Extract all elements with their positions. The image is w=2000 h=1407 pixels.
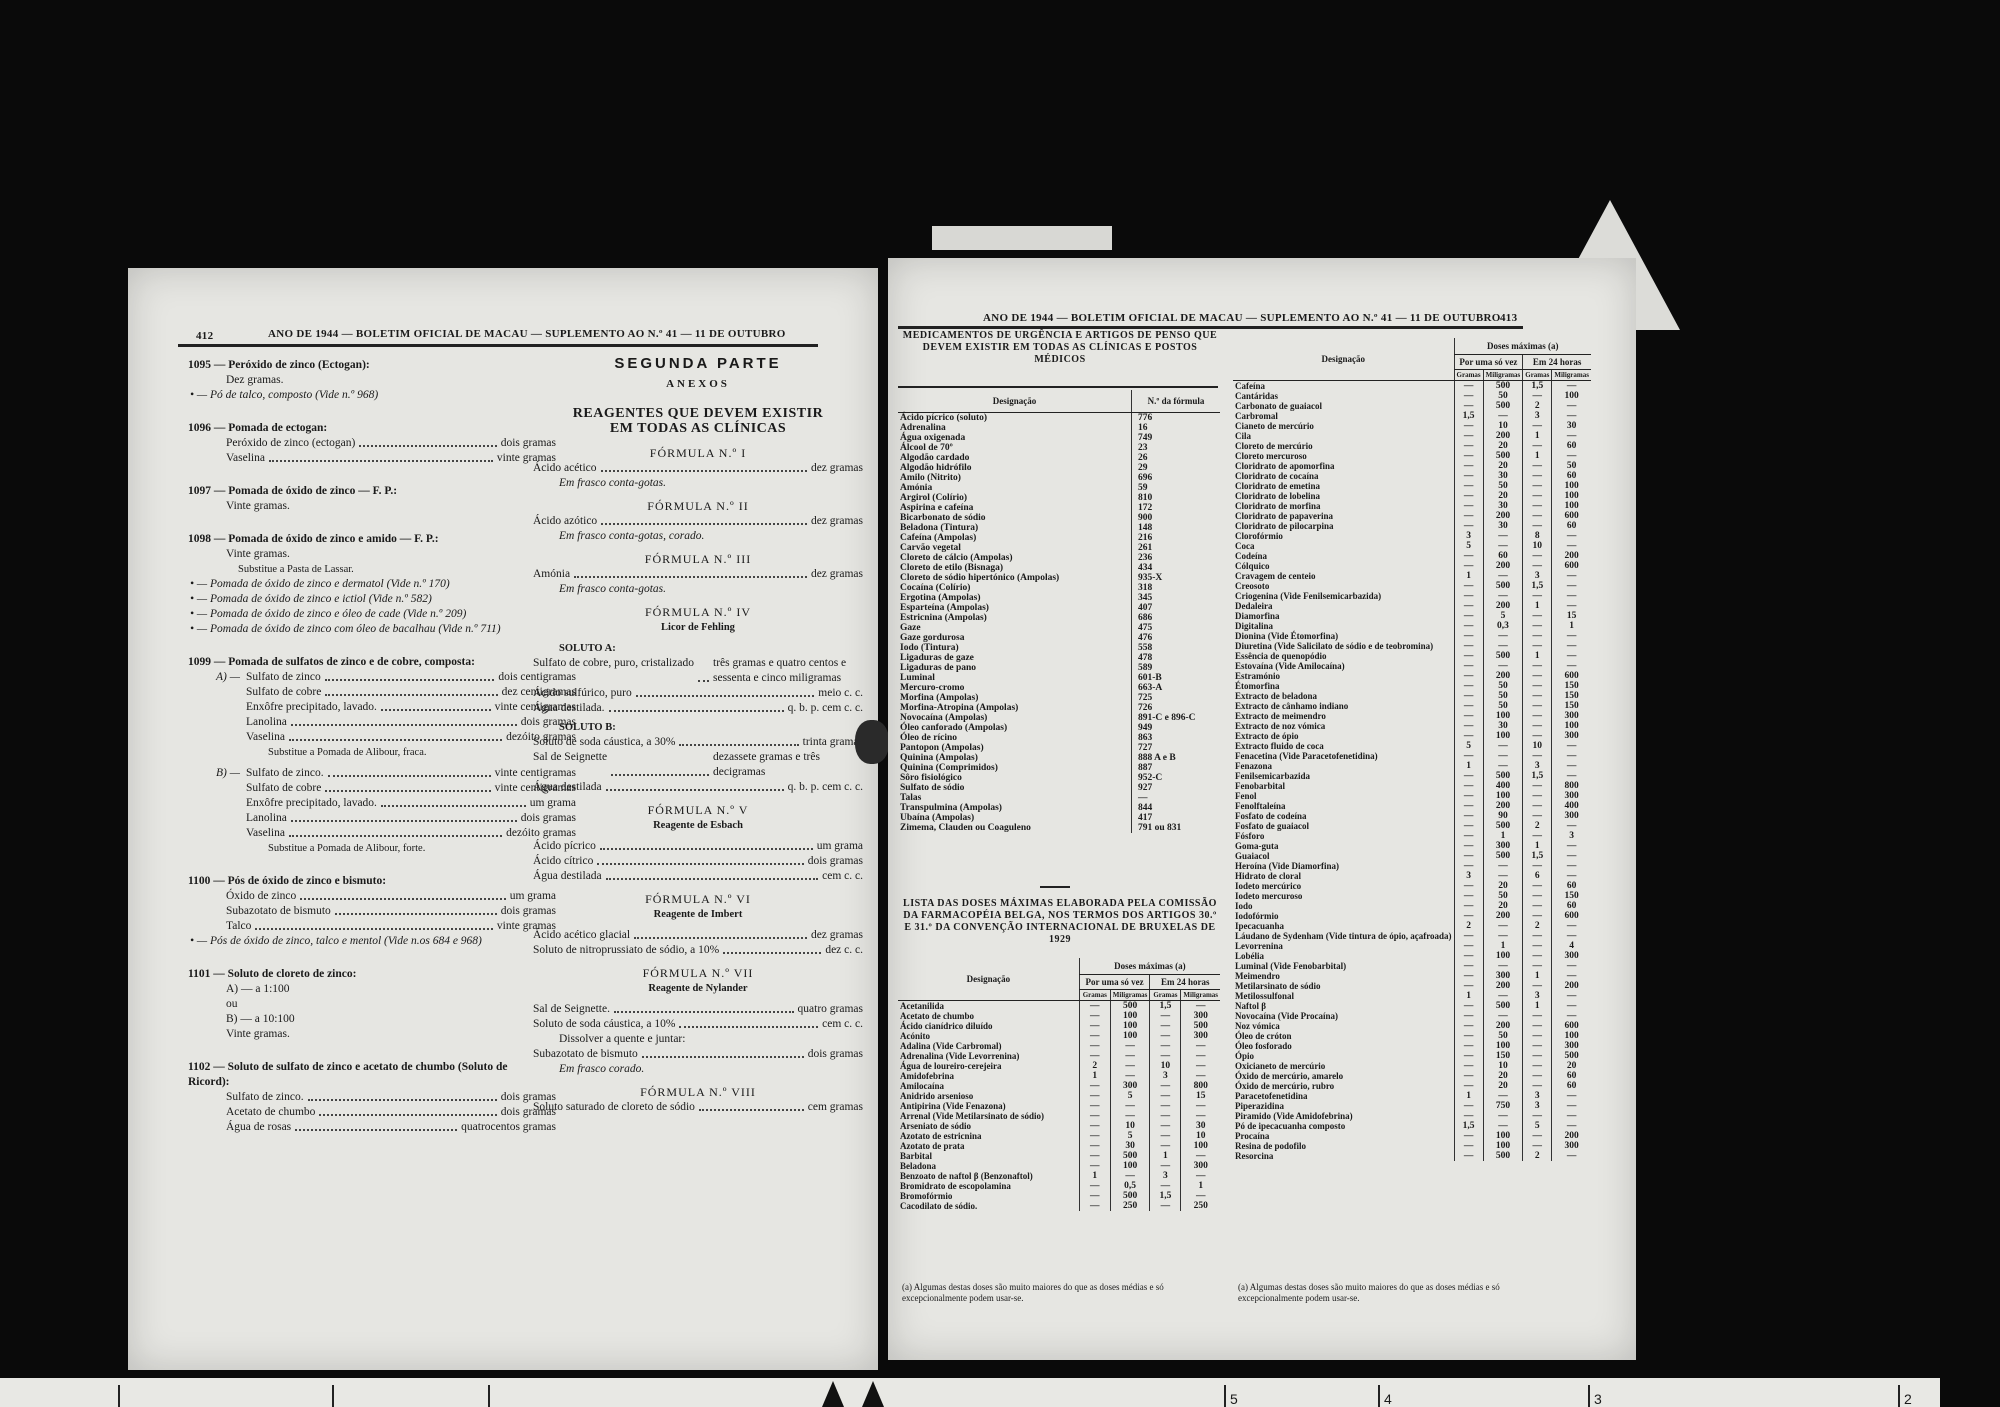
cell-designation: Ácido cianídrico diluído [898, 1021, 1079, 1031]
cell-dose: — [1454, 971, 1483, 981]
cell-dose: — [1552, 1091, 1591, 1101]
table-row: Pantopon (Ampolas)727 [898, 743, 1220, 753]
cell-dose: 200 [1483, 801, 1523, 811]
table-row: Cravagem de centeio1—3— [1233, 571, 1591, 581]
table-row: Arseniato de sódio—10—30 [898, 1121, 1220, 1131]
table-row: Cloreto mercuroso—5001— [1233, 451, 1591, 461]
entry-title-text: — Soluto de sulfato de zinco e acetato d… [188, 1061, 507, 1088]
formula-note: Em frasco corado. [533, 1062, 863, 1077]
entry-block: 1102 — Soluto de sulfato de zinco e acet… [188, 1060, 518, 1135]
entry-number: 1100 [188, 875, 210, 887]
ingredient-line: Soluto de soda cáustica, a 30%trinta gra… [533, 735, 863, 750]
cell-dose: — [1454, 1001, 1483, 1011]
table-row: Bromofórmio—5001,5— [898, 1191, 1220, 1201]
cell-designation: Cloridrato de lobelina [1233, 491, 1454, 501]
formula-note: Em frasco conta-gotas. [533, 476, 863, 491]
leader-dots [606, 780, 784, 791]
cell-dose: 300 [1483, 841, 1523, 851]
table-row: Novocaína (Vide Procaína)———— [1233, 1011, 1591, 1021]
leader-dots [699, 1100, 804, 1111]
table-row: Digitalina—0,3—1 [1233, 621, 1591, 631]
cell-dose: 20 [1552, 1061, 1591, 1071]
cell-dose: — [1523, 951, 1552, 961]
table-row: Guaiacol—5001,5— [1233, 851, 1591, 861]
table-row: Amilocaína—300—800 [898, 1081, 1220, 1091]
ingredient-qty: três gramas e quatro centos e sessenta e… [713, 656, 863, 686]
table-row: Benzoato de naftol β (Benzonaftol)1—3— [898, 1171, 1220, 1181]
table-unit-header: Miligramas [1552, 370, 1591, 381]
cell-dose: 250 [1181, 1201, 1220, 1211]
cell-dose: — [1454, 501, 1483, 511]
table-row: Lobélia—100—300 [1233, 951, 1591, 961]
doses-title: LISTA DAS DOSES MÁXIMAS ELABORADA PELA C… [900, 898, 1220, 946]
ingredient-name: Óxido de zinco [226, 889, 296, 904]
cell-designation: Diuretina (Vide Salicilato de sódio e de… [1233, 641, 1454, 651]
cell-designation: Algodão cardado [898, 453, 1132, 463]
cell-designation: Carvão vegetal [898, 543, 1132, 553]
cell-dose: — [1483, 761, 1523, 771]
cell-dose: 3 [1523, 571, 1552, 581]
table-header-group: Doses máximas (a) [1454, 338, 1591, 355]
ingredient-line: Subazotato de bismutodois gramas [533, 1047, 863, 1062]
cell-dose: 20 [1483, 901, 1523, 911]
strip-tick [332, 1385, 334, 1407]
table-row: Paracetofenetidina1—3— [1233, 1091, 1591, 1101]
right-running-head: ANO DE 1944 — BOLETIM OFICIAL DE MACAU —… [983, 312, 1501, 324]
cell-dose: 1,5 [1150, 1001, 1181, 1012]
leader-dots [609, 701, 784, 712]
table-row: Acónito—100—300 [898, 1031, 1220, 1041]
cell-dose: — [1079, 1121, 1110, 1131]
entry-number: 1097 [188, 485, 211, 497]
formula-subtitle: Reagente de Esbach [533, 818, 863, 833]
cell-dose: 60 [1552, 1071, 1591, 1081]
cell-dose: — [1483, 751, 1523, 761]
entry-title: 1102 — Soluto de sulfato de zinco e acet… [188, 1060, 518, 1090]
cell-dose: — [1454, 471, 1483, 481]
cell-dose: 20 [1483, 461, 1523, 471]
cell-dose: — [1483, 1091, 1523, 1101]
ingredient-name: Dez gramas. [226, 373, 283, 388]
table-row: Carvão vegetal261 [898, 543, 1220, 553]
cell-dose: — [1552, 651, 1591, 661]
ingredient-qty: um grama [817, 839, 863, 854]
cell-designation: Transpulmina (Ampolas) [898, 803, 1132, 813]
cell-dose: — [1454, 941, 1483, 951]
table-row: Fenobarbital—400—800 [1233, 781, 1591, 791]
cell-dose: — [1552, 1001, 1591, 1011]
cell-dose: — [1523, 941, 1552, 951]
cell-dose: — [1454, 441, 1483, 451]
cell-designation: Cloridrato de apomorfina [1233, 461, 1454, 471]
table-row: Água oxigenada749 [898, 433, 1220, 443]
cell-designation: Ligaduras de gaze [898, 653, 1132, 663]
table-row: Cila—2001— [1233, 431, 1591, 441]
ingredient-name: Água destilada [533, 780, 602, 795]
ingredient-name: Enxôfre precipitado, lavado. [246, 796, 377, 811]
cell-designation: Óxido de mercúrio, amarelo [1233, 1071, 1454, 1081]
cell-designation: Fosfato de codeína [1233, 811, 1454, 821]
cell-dose: — [1150, 1101, 1181, 1111]
cell-designation: Ipecacuanha [1233, 921, 1454, 931]
table-row: Fenolftaleína—200—400 [1233, 801, 1591, 811]
ingredient-line: Vaselinadezóito gramas [188, 730, 576, 745]
cell-designation: Noz vómica [1233, 1021, 1454, 1031]
cell-dose: 5 [1110, 1131, 1150, 1141]
cell-dose: — [1454, 751, 1483, 761]
cell-dose: 1,5 [1454, 1121, 1483, 1131]
ingredient-qty: quatro gramas [798, 1002, 863, 1017]
cell-dose: 100 [1110, 1161, 1150, 1171]
cell-designation: Azotato de prata [898, 1141, 1079, 1151]
cell-dose: — [1552, 381, 1591, 392]
ingredient-name: Ácido azótico [533, 514, 597, 529]
entry-title: 1097 — Pomada de óxido de zinco — F. P.: [188, 484, 518, 499]
table-row: Cloreto de etilo (Bisnaga)434 [898, 563, 1220, 573]
cell-dose: — [1483, 631, 1523, 641]
strip-label: 3 [1594, 1391, 1602, 1407]
cell-dose: 0,3 [1483, 621, 1523, 631]
cell-formula-number: 216 [1132, 533, 1221, 543]
table-row: Metilarsinato de sódio—200—200 [1233, 981, 1591, 991]
cell-dose: 150 [1552, 701, 1591, 711]
cross-reference: • — Pó de talco, composto (Vide n.º 968) [188, 388, 518, 403]
cell-designation: Acetanilida [898, 1001, 1079, 1012]
cell-dose: 100 [1552, 501, 1591, 511]
ingredient-line: Ácido acético glacialdez gramas [533, 928, 863, 943]
cell-formula-number: 887 [1132, 763, 1221, 773]
cell-designation: Metilarsinato de sódio [1233, 981, 1454, 991]
header-rule-right [898, 326, 1523, 329]
annex-part-title: SEGUNDA PARTE [533, 356, 863, 371]
entry-title-text: — Pomada de óxido de zinco e amido — F. … [211, 533, 439, 545]
cell-dose: 15 [1552, 611, 1591, 621]
cell-formula-number: 791 ou 831 [1132, 823, 1221, 833]
table-row: Algodão cardado26 [898, 453, 1220, 463]
table-row: Óxido de mercúrio, rubro—20—60 [1233, 1081, 1591, 1091]
cell-dose: 1 [1483, 941, 1523, 951]
cell-formula-number: 776 [1132, 413, 1221, 424]
cell-dose: 300 [1552, 731, 1591, 741]
right-page: ANO DE 1944 — BOLETIM OFICIAL DE MACAU —… [888, 258, 1636, 1360]
ingredient-line: A) —Sulfato de zincodois centigramas [188, 670, 576, 685]
ingredient-name: Vinte gramas. [226, 547, 290, 562]
table-row: Óxido de mercúrio, amarelo—20—60 [1233, 1071, 1591, 1081]
cell-formula-number: 23 [1132, 443, 1221, 453]
cell-designation: Extracto de cânhamo indiano [1233, 701, 1454, 711]
cell-designation: Álcool de 70º [898, 443, 1132, 453]
cell-dose: — [1454, 981, 1483, 991]
table-row: Acetanilida—5001,5— [898, 1001, 1220, 1012]
cell-dose: — [1454, 691, 1483, 701]
cell-dose: — [1454, 461, 1483, 471]
ingredient-line: Soluto de nitroprussiato de sódio, a 10%… [533, 943, 863, 958]
table-row: Pó de ipecacuanha composto1,5—5— [1233, 1121, 1591, 1131]
cell-dose: 1 [1523, 841, 1552, 851]
formula-title: FÓRMULA N.º IV [533, 605, 863, 620]
cell-dose: — [1150, 1051, 1181, 1061]
table-row: Bromidrato de escopolamina—0,5—1 [898, 1181, 1220, 1191]
cell-dose: 10 [1150, 1061, 1181, 1071]
cell-formula-number: 726 [1132, 703, 1221, 713]
table-row: Goma-guta—3001— [1233, 841, 1591, 851]
cell-dose: — [1454, 391, 1483, 401]
cell-dose: 100 [1552, 491, 1591, 501]
table-row: Extracto de cânhamo indiano—50—150 [1233, 701, 1591, 711]
cell-designation: Fenobarbital [1233, 781, 1454, 791]
cell-designation: Água oxigenada [898, 433, 1132, 443]
cell-designation: Adrenalina (Vide Levorrenina) [898, 1051, 1079, 1061]
strip-tick [1898, 1385, 1900, 1407]
ingredient-name: Soluto de soda cáustica, a 10% [533, 1017, 675, 1032]
table-unit-header: Gramas [1523, 370, 1552, 381]
strip-tick [1378, 1385, 1380, 1407]
cell-dose: 100 [1483, 1141, 1523, 1151]
ingredient-qty: dez gramas [811, 514, 863, 529]
cell-dose: — [1523, 931, 1552, 941]
cell-dose: 300 [1552, 1141, 1591, 1151]
cell-dose: — [1552, 431, 1591, 441]
cell-dose: — [1523, 1011, 1552, 1021]
cell-designation: Novocaína (Vide Procaína) [1233, 1011, 1454, 1021]
table-row: Étomorfina—50—150 [1233, 681, 1591, 691]
cell-dose: — [1552, 541, 1591, 551]
table-row: Fenol—100—300 [1233, 791, 1591, 801]
entry-block: 1095 — Peróxido de zinco (Ectogan):Dez g… [188, 358, 518, 403]
cell-formula-number: 148 [1132, 523, 1221, 533]
cell-dose: 15 [1181, 1091, 1220, 1101]
cell-dose: — [1552, 851, 1591, 861]
ingredient-line: B) — a 10:100 [188, 1012, 556, 1027]
cell-dose: 30 [1110, 1141, 1150, 1151]
cell-dose: 200 [1552, 981, 1591, 991]
cell-designation: Barbital [898, 1151, 1079, 1161]
cell-designation: Adalina (Vide Carbromal) [898, 1041, 1079, 1051]
cell-dose: — [1454, 1031, 1483, 1041]
entry-number: 1101 [188, 968, 210, 980]
entry-title-text: — Pomada de sulfatos de zinco e de cobre… [211, 656, 475, 668]
cell-dose: 200 [1552, 551, 1591, 561]
cell-dose: — [1079, 1031, 1110, 1041]
cell-dose: — [1181, 1111, 1220, 1121]
ingredient-qty: q. b. p. cem c. c. [788, 780, 863, 795]
cell-dose: — [1454, 511, 1483, 521]
cell-dose: — [1454, 851, 1483, 861]
formula-title: FÓRMULA N.º I [533, 446, 863, 461]
ingredient-name: Sulfato de zinco. [246, 766, 324, 781]
cell-formula-number: 407 [1132, 603, 1221, 613]
cell-designation: Cianeto de mercúrio [1233, 421, 1454, 431]
cell-designation: Iodo (Tintura) [898, 643, 1132, 653]
cell-dose: 1 [1523, 1001, 1552, 1011]
cell-dose: — [1454, 671, 1483, 681]
cell-dose: 300 [1552, 811, 1591, 821]
table-row: Arrenal (Vide Metilarsinato de sódio)———… [898, 1111, 1220, 1121]
formula-subtitle: Licor de Fehling [533, 620, 863, 635]
cell-designation: Arrenal (Vide Metilarsinato de sódio) [898, 1111, 1079, 1121]
cell-dose: 200 [1483, 511, 1523, 521]
cell-formula-number: 29 [1132, 463, 1221, 473]
cell-designation: Morfina-Atropina (Ampolas) [898, 703, 1132, 713]
table-row: Luminal601-B [898, 673, 1220, 683]
entry-block: 1096 — Pomada de ectogan:Peróxido de zin… [188, 421, 518, 466]
cell-designation: Hidrato de cloral [1233, 871, 1454, 881]
cell-dose: 500 [1483, 581, 1523, 591]
cell-dose: 100 [1552, 1031, 1591, 1041]
cell-dose: — [1552, 991, 1591, 1001]
footnote-right: (a) Algumas destas doses são muito maior… [1238, 1282, 1528, 1304]
cross-reference: • — Pomada de óxido de zinco e dermatol … [188, 577, 518, 592]
table-row: Álcool de 70º23 [898, 443, 1220, 453]
substitution-note: Substitue a Pomada de Alibour, forte. [188, 841, 518, 856]
entry-title: 1101 — Soluto de cloreto de zinco: [188, 967, 518, 982]
table-row: Cantáridas—50—100 [1233, 391, 1591, 401]
cell-dose: — [1483, 571, 1523, 581]
leader-dots [614, 1002, 794, 1013]
cell-dose: 100 [1181, 1141, 1220, 1151]
cell-designation: Morfina (Ampolas) [898, 693, 1132, 703]
cell-dose: — [1552, 1101, 1591, 1111]
cell-dose: 300 [1552, 1041, 1591, 1051]
cell-dose: — [1454, 561, 1483, 571]
cell-dose: 1 [1150, 1151, 1181, 1161]
table-row: Adrenalina16 [898, 423, 1220, 433]
table-row: Zimema, Clauden ou Coaguleno791 ou 831 [898, 823, 1220, 833]
cell-dose: 500 [1552, 1051, 1591, 1061]
leader-dots [328, 766, 491, 777]
ingredient-qty: quatrocentos gramas [461, 1120, 556, 1135]
table-row: Clorofórmio3—8— [1233, 531, 1591, 541]
doses-table-left: DesignaçãoDoses máximas (a)Por uma só ve… [898, 958, 1220, 1211]
table-row: Meimendro—3001— [1233, 971, 1591, 981]
cell-dose: — [1552, 841, 1591, 851]
cell-formula-number: 888 A e B [1132, 753, 1221, 763]
cell-dose: 3 [1150, 1171, 1181, 1181]
table-row: Sulfato de sódio927 [898, 783, 1220, 793]
table-row: Creosoto—5001,5— [1233, 581, 1591, 591]
cell-dose: 3 [1454, 531, 1483, 541]
ingredient-name: Vinte gramas. [226, 1027, 290, 1042]
formula-title: FÓRMULA N.º VIII [533, 1085, 863, 1100]
cell-dose: 3 [1523, 411, 1552, 421]
cell-dose: — [1181, 1101, 1220, 1111]
cell-dose: 50 [1483, 481, 1523, 491]
cell-dose: — [1483, 661, 1523, 671]
table-row: Hidrato de cloral3—6— [1233, 871, 1591, 881]
cell-designation: Talas [898, 793, 1132, 803]
leader-dots [601, 461, 807, 472]
cell-dose: — [1552, 1111, 1591, 1121]
table-subheader: Por uma só vez [1079, 975, 1150, 990]
cell-dose: — [1079, 1181, 1110, 1191]
ingredient-name: Água de rosas [226, 1120, 291, 1135]
table-row: Cloridrato de pilocarpina—30—60 [1233, 521, 1591, 531]
ingredient-name: Vaselina [226, 451, 265, 466]
ingredient-line: Água destilada.q. b. p. cem c. c. [533, 701, 863, 716]
cell-dose: 800 [1552, 781, 1591, 791]
ingredient-line: Vaselinadezóito gramas [188, 826, 576, 841]
ingredient-qty: cem gramas [808, 1100, 863, 1115]
table-row: Antipirina (Vide Fenazona)———— [898, 1101, 1220, 1111]
cell-designation: Cloridrato de emetina [1233, 481, 1454, 491]
table-row: Novocaína (Ampolas)891-C e 896-C [898, 713, 1220, 723]
ingredient-line: Soluto saturado de cloreto de sódiocem g… [533, 1100, 863, 1115]
urgency-title-rule [898, 386, 1218, 388]
cell-dose: — [1454, 661, 1483, 671]
cell-dose: 500 [1483, 651, 1523, 661]
ingredient-line: Sal de Seignettedezassete gramas e três … [533, 750, 863, 780]
leader-dots [611, 750, 709, 776]
cell-dose: — [1483, 861, 1523, 871]
cell-dose: — [1483, 1121, 1523, 1131]
ingredient-name: Peróxido de zinco (ectogan) [226, 436, 355, 451]
cell-designation: Iodeto mercúrico [1233, 881, 1454, 891]
leader-dots [255, 919, 493, 930]
ingredient-qty: dezassete gramas e três decigramas [713, 750, 863, 780]
table-row: Extracto de meimendro—100—300 [1233, 711, 1591, 721]
annex-column: SEGUNDA PARTEANEXOSREAGENTES QUE DEVEM E… [533, 356, 863, 1115]
entry-number: 1098 [188, 533, 211, 545]
cell-designation: Criogenina (Vide Fenilsemicarbazida) [1233, 591, 1454, 601]
cell-designation: Ácido pícrico (soluto) [898, 413, 1132, 424]
cell-dose: — [1150, 1041, 1181, 1051]
cell-dose: — [1150, 1141, 1181, 1151]
table-row: Azotato de prata—30—100 [898, 1141, 1220, 1151]
cell-dose: — [1079, 1011, 1110, 1021]
cell-designation: Adrenalina [898, 423, 1132, 433]
cell-dose: — [1552, 921, 1591, 931]
cell-dose: — [1454, 1081, 1483, 1091]
cell-dose: 1 [1454, 1091, 1483, 1101]
table-row: Metilossulfonal1—3— [1233, 991, 1591, 1001]
cell-dose: — [1483, 871, 1523, 881]
left-running-head: ANO DE 1944 — BOLETIM OFICIAL DE MACAU —… [268, 328, 786, 340]
cell-designation: Goma-guta [1233, 841, 1454, 851]
leader-dots [325, 781, 490, 792]
cell-designation: Quinina (Comprimidos) [898, 763, 1132, 773]
cell-dose: 100 [1552, 481, 1591, 491]
table-row: Cacodilato de sódio.—250—250 [898, 1201, 1220, 1211]
cell-designation: Cila [1233, 431, 1454, 441]
table-row: Argirol (Colírio)810 [898, 493, 1220, 503]
table-unit-header: Miligramas [1483, 370, 1523, 381]
leader-dots [291, 811, 517, 822]
table-row: Ácido cianídrico diluído—100—500 [898, 1021, 1220, 1031]
strip-tick [1224, 1385, 1226, 1407]
left-column-entries: 1095 — Peróxido de zinco (Ectogan):Dez g… [188, 358, 518, 1153]
cell-dose: — [1523, 621, 1552, 631]
cell-designation: Benzoato de naftol β (Benzonaftol) [898, 1171, 1079, 1181]
table-header: Designação [1233, 338, 1454, 381]
cell-dose: — [1110, 1111, 1150, 1121]
ingredient-name: Enxôfre precipitado, lavado. [246, 700, 377, 715]
cell-designation: Iodo [1233, 901, 1454, 911]
cell-dose: — [1454, 1051, 1483, 1061]
ingredient-name: Acetato de chumbo [226, 1105, 315, 1120]
cell-dose: 10 [1523, 741, 1552, 751]
ingredient-line: Sulfato de cobrevinte centigramas [188, 781, 576, 796]
cell-dose: — [1552, 571, 1591, 581]
cell-dose: 400 [1552, 801, 1591, 811]
cell-designation: Ergotina (Ampolas) [898, 593, 1132, 603]
table-row: Cafeína—5001,5— [1233, 381, 1591, 392]
cell-dose: — [1454, 521, 1483, 531]
table-row: Noz vómica—200—600 [1233, 1021, 1591, 1031]
table-row: Ligaduras de pano589 [898, 663, 1220, 673]
cell-designation: Cloridrato de morfina [1233, 501, 1454, 511]
cell-dose: — [1110, 1051, 1150, 1061]
cell-designation: Extracto de beladona [1233, 691, 1454, 701]
